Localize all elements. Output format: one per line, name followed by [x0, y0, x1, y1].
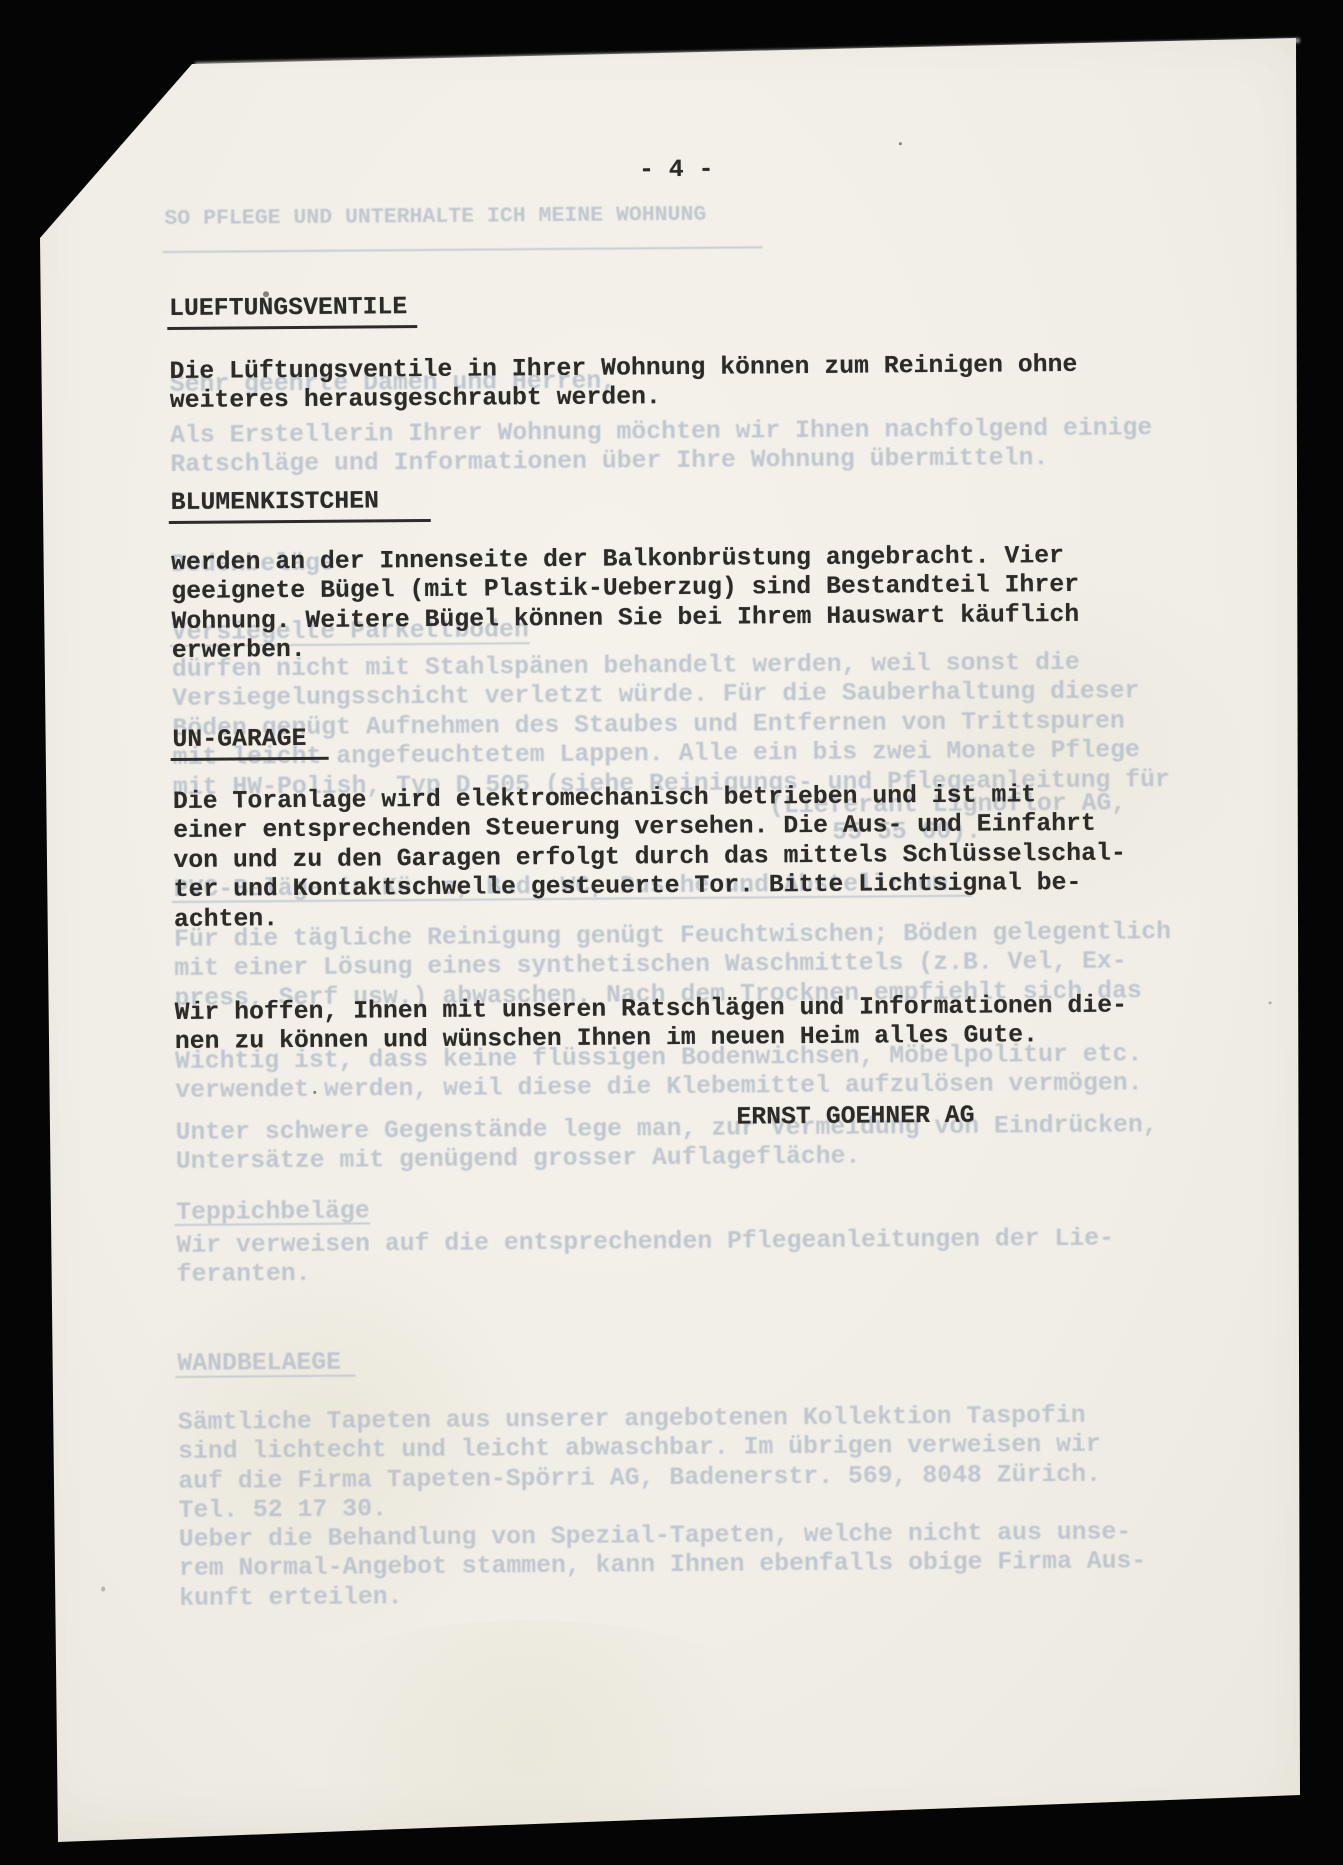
paper-page: SO PFLEGE UND UNTERHALTE ICH MEINE WOHNU… [0, 0, 1343, 1865]
heading-lueftungsventile: LUEFTUNGSVENTILE [169, 293, 407, 324]
heading-un-garage: UN-GARAGE [172, 725, 306, 755]
ghost-title-underline [163, 246, 763, 253]
ghost-wand-paragraph-2: Ueber die Behandlung von Spezial-Tapeten… [179, 1518, 1147, 1614]
heading-blumenkistchen: BLUMENKISTCHEN [171, 487, 380, 518]
ghost-title: SO PFLEGE UND UNTERHALTE ICH MEINE WOHNU… [164, 201, 706, 235]
heading-lueftungsventile-underline [167, 325, 417, 330]
paragraph-lueftungsventile: Die Lüftungsventile in Ihrer Wohnung kön… [170, 351, 1078, 417]
closing-paragraph: Wir hoffen, Ihnen mit unseren Ratschläge… [175, 992, 1128, 1058]
dust-speck [101, 1587, 105, 1592]
paragraph-blumenkistchen: werden an der Innenseite der Balkonbrüst… [171, 542, 1080, 667]
dust-speck [1269, 1001, 1272, 1004]
ghost-untersaetze-paragraph: Unter schwere Gegenstände lege man, zur … [175, 1111, 1158, 1178]
dust-speck [263, 291, 269, 297]
page-content: SO PFLEGE UND UNTERHALTE ICH MEINE WOHNU… [0, 0, 1343, 1865]
ghost-wand-paragraph-1: Sämtliche Tapeten aus unserer angebotene… [178, 1402, 1102, 1527]
scanned-document: SO PFLEGE UND UNTERHALTE ICH MEINE WOHNU… [0, 0, 1343, 1865]
paragraph-un-garage: Die Toranlage wird elektromechanisch bet… [173, 781, 1126, 936]
heading-blumenkistchen-underline [169, 519, 431, 524]
ghost-intro-paragraph: Als Erstellerin Ihrer Wohnung möchten wi… [170, 414, 1153, 481]
ghost-parkett-paragraph: dürfen nicht mit Stahlspänen behandelt w… [172, 648, 1170, 803]
dust-speck [899, 142, 902, 145]
signature-company: ERNST GOEHNER AG [736, 1102, 974, 1133]
ghost-teppich-paragraph: Wir verweisen auf die entsprechenden Pfl… [176, 1225, 1114, 1291]
page-number: - 4 - [639, 156, 714, 186]
dust-speck [313, 1091, 316, 1094]
